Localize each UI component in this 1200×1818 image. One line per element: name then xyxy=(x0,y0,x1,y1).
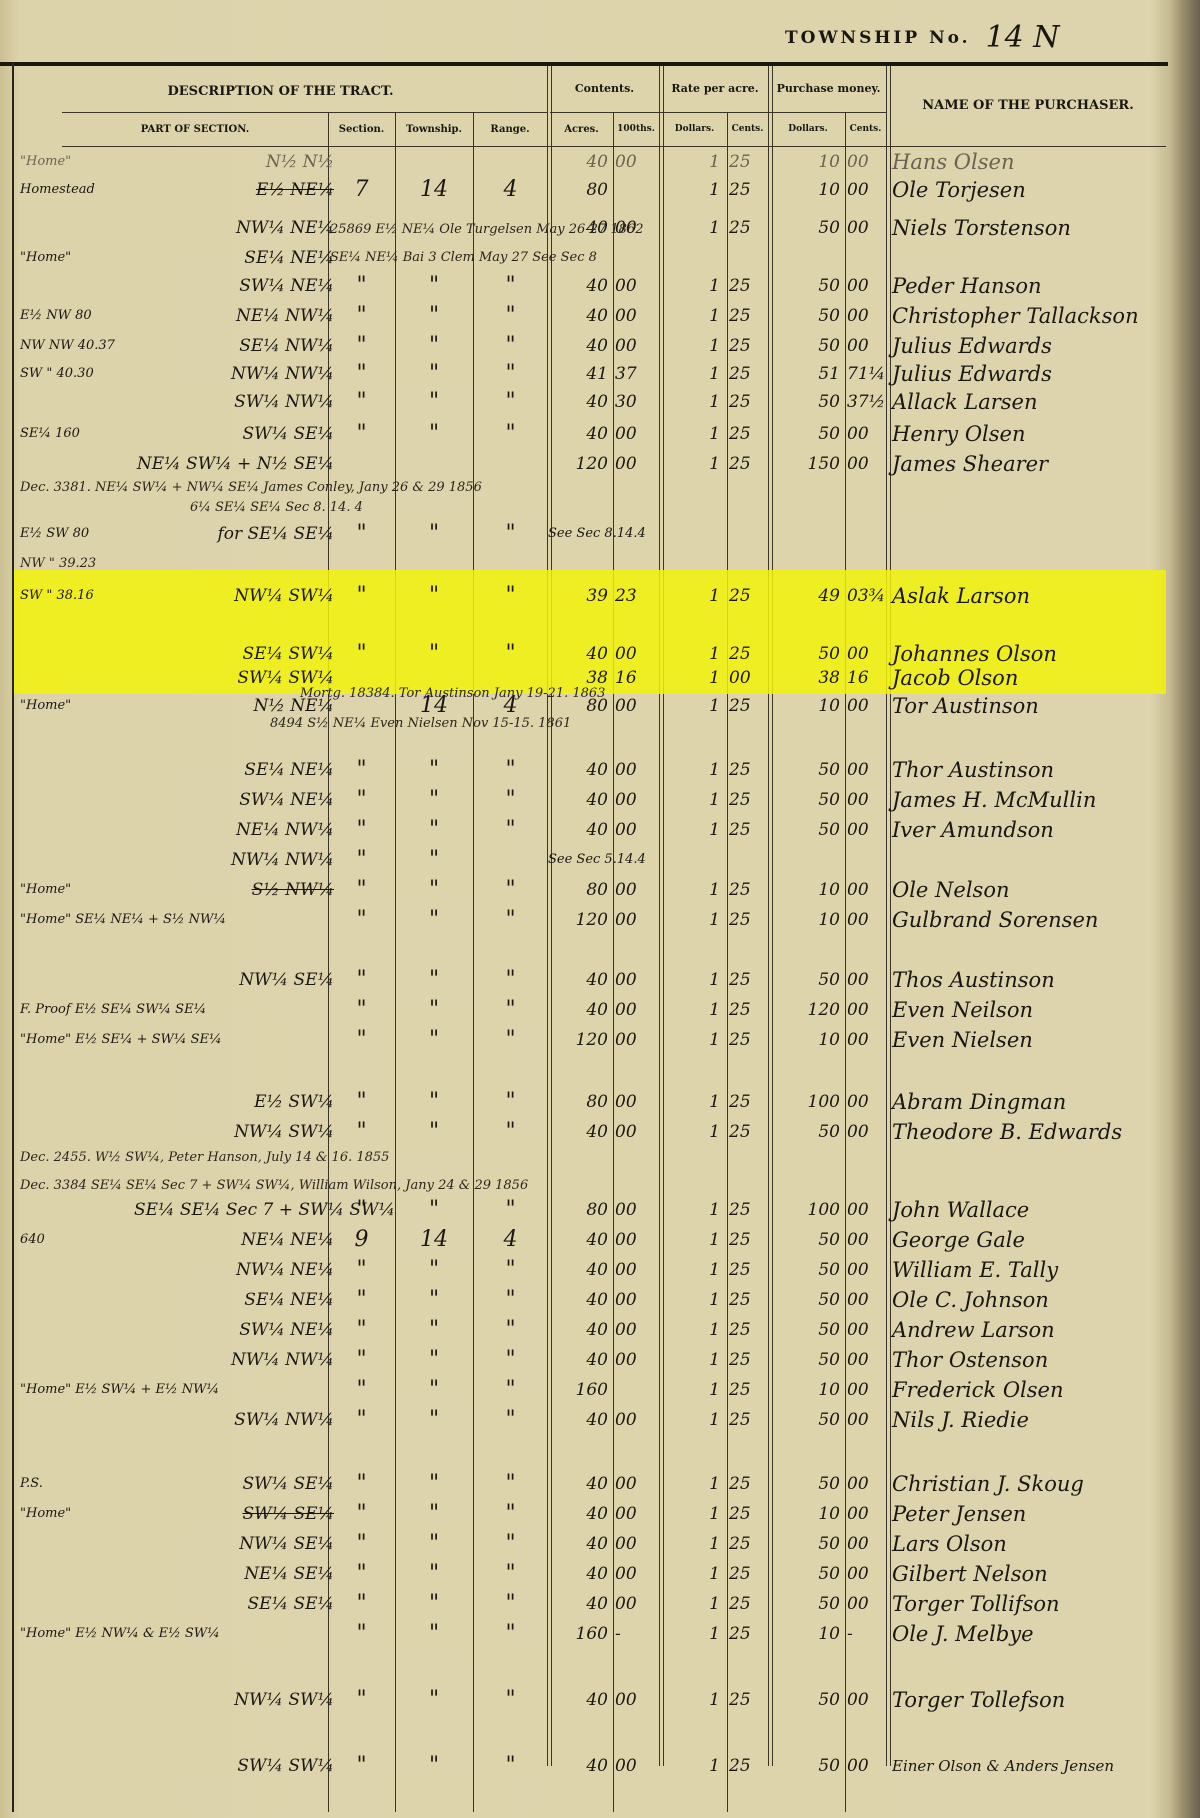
header-subrule xyxy=(62,112,547,113)
purchase-cents xyxy=(847,520,887,548)
purchaser-name: Ole Torjesen xyxy=(892,176,1182,204)
purchaser-name: Ole Nelson xyxy=(892,876,1182,904)
rate-cents: 25 xyxy=(729,388,769,416)
township: " xyxy=(395,1752,473,1780)
township: " xyxy=(395,846,473,874)
rate-cents: 25 xyxy=(729,1686,769,1714)
purchase-dollars: 50 xyxy=(770,214,840,242)
purchase-cents: 00 xyxy=(847,816,887,844)
range xyxy=(473,450,548,478)
range: " xyxy=(473,786,548,814)
rate-cents: 25 xyxy=(729,1376,769,1404)
rate-dollars: 1 xyxy=(660,450,720,478)
township: " xyxy=(395,360,473,388)
acres: 40 xyxy=(548,1286,608,1314)
range: " xyxy=(473,1026,548,1054)
range: " xyxy=(473,520,548,548)
range: " xyxy=(473,388,548,416)
table-row: HomesteadE½ NE¼7144801251000Ole Torjesen xyxy=(14,176,1166,204)
purchase-dollars: 50 xyxy=(770,966,840,994)
rate-dollars: 1 xyxy=(660,1286,720,1314)
rate-dollars: 1 xyxy=(660,816,720,844)
purchaser-name: John Wallace xyxy=(892,1196,1182,1224)
hundredths: 00 xyxy=(615,1196,660,1224)
purchase-dollars: 150 xyxy=(770,450,840,478)
part-of-section: E½ SW¼ xyxy=(134,1088,334,1116)
range: " xyxy=(473,756,548,784)
purchaser-name xyxy=(892,846,1182,874)
range: " xyxy=(473,1346,548,1374)
purchaser-name: Thor Austinson xyxy=(892,756,1182,784)
purchase-dollars: 50 xyxy=(770,388,840,416)
header-subrule xyxy=(550,112,886,113)
rate-cents: 25 xyxy=(729,1752,769,1780)
rate-cents: 25 xyxy=(729,1560,769,1588)
rate-dollars: 1 xyxy=(660,692,720,720)
table-row: NW¼ NW¼""See Sec 5.14.4 xyxy=(14,846,1166,874)
section: 7 xyxy=(328,176,395,204)
section xyxy=(328,148,395,176)
purchaser-name: Torger Tollifson xyxy=(892,1590,1182,1618)
part-of-section: NW¼ SW¼ xyxy=(134,1118,334,1146)
purchaser-name xyxy=(892,244,1182,272)
purchase-cents: 00 xyxy=(847,1088,887,1116)
purchaser-name: Peter Jensen xyxy=(892,1500,1182,1528)
acres: 80 xyxy=(548,1196,608,1224)
part-of-section: NW¼ NW¼ xyxy=(134,1346,334,1374)
hundredths: 16 xyxy=(615,664,660,692)
rate-dollars: 1 xyxy=(660,1686,720,1714)
hundredths: 00 xyxy=(615,272,660,300)
tract-note: E½ NW 80 xyxy=(20,302,92,330)
township: " xyxy=(395,1118,473,1146)
purchaser-name: Henry Olsen xyxy=(892,420,1182,448)
hundredths: 00 xyxy=(615,816,660,844)
col-acres: Acres. xyxy=(550,124,613,135)
section: " xyxy=(328,1560,395,1588)
rate-cents: 25 xyxy=(729,996,769,1024)
range xyxy=(473,846,548,874)
part-of-section: SW¼ NW¼ xyxy=(134,1406,334,1434)
table-row: NW¼ SE¼"""40001255000Thos Austinson xyxy=(14,966,1166,994)
acres: 40 xyxy=(548,816,608,844)
acres: 40 xyxy=(548,1226,608,1254)
acres: 40 xyxy=(548,1590,608,1618)
tract-note: 640 xyxy=(20,1226,45,1254)
hundredths: 00 xyxy=(615,1316,660,1344)
rate-dollars: 1 xyxy=(660,1316,720,1344)
hundredths: 00 xyxy=(615,1406,660,1434)
rate-dollars: 1 xyxy=(660,1346,720,1374)
acres: 40 xyxy=(548,1470,608,1498)
rate-dollars: 1 xyxy=(660,272,720,300)
purchase-cents: 00 xyxy=(847,302,887,330)
acres: 40 xyxy=(548,1560,608,1588)
township: " xyxy=(395,1316,473,1344)
rate-dollars: 1 xyxy=(660,582,720,610)
purchaser-name: Aslak Larson xyxy=(892,582,1182,610)
margin-annotation: NW " 39.23 xyxy=(20,556,96,571)
part-of-section: SW¼ SE¼ xyxy=(134,1470,334,1498)
range: " xyxy=(473,1088,548,1116)
col-purchaser: NAME OF THE PURCHASER. xyxy=(890,98,1166,113)
table-row: NE¼ NW¼"""40001255000Iver Amundson xyxy=(14,816,1166,844)
township: " xyxy=(395,906,473,934)
tract-note: NW NW 40.37 xyxy=(20,332,115,360)
hundredths: 00 xyxy=(615,1470,660,1498)
part-of-section: NW¼ SW¼ xyxy=(134,1686,334,1714)
section: " xyxy=(328,1686,395,1714)
col-rate-dollars: Dollars. xyxy=(662,124,727,134)
purchase-dollars: 100 xyxy=(770,1088,840,1116)
acres: 40 xyxy=(548,756,608,784)
table-row: "Home"SW¼ SE¼"""40001251000Peter Jensen xyxy=(14,1500,1166,1528)
acres: 40 xyxy=(548,1346,608,1374)
table-row: "Home" E½ SW¼ + E½ NW¼"""1601251000Frede… xyxy=(14,1376,1166,1404)
township: " xyxy=(395,786,473,814)
col-part-of-section: PART OF SECTION. xyxy=(62,124,328,135)
rate-cents: 25 xyxy=(729,332,769,360)
purchaser-name: Peder Hanson xyxy=(892,272,1182,300)
range: " xyxy=(473,1752,548,1780)
purchase-dollars: 50 xyxy=(770,756,840,784)
purchase-dollars xyxy=(770,846,840,874)
acres: 160 xyxy=(548,1620,608,1648)
table-row: SE¼ NE¼"""40001255000Ole C. Johnson xyxy=(14,1286,1166,1314)
rate-cents: 25 xyxy=(729,176,769,204)
tract-note: P.S. xyxy=(20,1470,43,1498)
rate-dollars: 1 xyxy=(660,388,720,416)
margin-annotation: 6¼ SE¼ SE¼ Sec 8. 14. 4 xyxy=(190,500,363,515)
purchaser-name: Einer Olson & Anders Jensen xyxy=(892,1752,1182,1780)
section: " xyxy=(328,1118,395,1146)
table-row: SW¼ NE¼"""40001255000Peder Hanson xyxy=(14,272,1166,300)
part-of-section: NW¼ NW¼ xyxy=(134,360,334,388)
section: " xyxy=(328,846,395,874)
part-of-section: SW¼ NE¼ xyxy=(134,786,334,814)
township: " xyxy=(395,1686,473,1714)
rate-cents: 25 xyxy=(729,148,769,176)
tract-note: E½ SW 80 xyxy=(20,520,89,548)
range: " xyxy=(473,1620,548,1648)
section: " xyxy=(328,360,395,388)
hundredths xyxy=(615,520,660,548)
section: " xyxy=(328,272,395,300)
rate-dollars: 1 xyxy=(660,1118,720,1146)
table-row: SW " 40.30NW¼ NW¼"""41371255171¼Julius E… xyxy=(14,360,1166,388)
purchase-cents: 37½ xyxy=(847,388,887,416)
rate-cents: 25 xyxy=(729,1530,769,1558)
rate-dollars: 1 xyxy=(660,1026,720,1054)
rate-dollars: 1 xyxy=(660,876,720,904)
part-of-section: NW¼ NE¼ xyxy=(134,214,334,242)
section: " xyxy=(328,816,395,844)
part-of-section: SW¼ NE¼ xyxy=(134,1316,334,1344)
col-rate-per-acre: Rate per acre. xyxy=(662,82,768,95)
table-row: "Home" E½ SE¼ + SW¼ SE¼"""120001251000Ev… xyxy=(14,1026,1166,1054)
purchase-dollars: 50 xyxy=(770,302,840,330)
hundredths: 00 xyxy=(615,148,660,176)
township: " xyxy=(395,1256,473,1284)
purchaser-name: Thos Austinson xyxy=(892,966,1182,994)
purchaser-name: Jacob Olson xyxy=(892,664,1182,692)
township-label: TOWNSHIP No. xyxy=(785,28,971,48)
hundredths: 00 xyxy=(615,966,660,994)
purchase-dollars: 50 xyxy=(770,1470,840,1498)
margin-annotation: SE¼ NE¼ Bai 3 Clem May 27 See Sec 8 xyxy=(330,250,597,265)
purchase-cents: 00 xyxy=(847,1256,887,1284)
rate-cents: 25 xyxy=(729,214,769,242)
purchase-dollars: 10 xyxy=(770,906,840,934)
part-of-section: SW¼ SE¼ xyxy=(134,420,334,448)
tract-note: Homestead xyxy=(20,176,95,204)
rate-cents: 25 xyxy=(729,1026,769,1054)
rate-cents: 25 xyxy=(729,1346,769,1374)
section: " xyxy=(328,1500,395,1528)
table-row: SW " 38.16NW¼ SW¼"""39231254903¾Aslak La… xyxy=(14,582,1166,610)
rate-dollars: 1 xyxy=(660,1226,720,1254)
rate-cents: 25 xyxy=(729,756,769,784)
table-row: NE¼ SW¼ + N½ SE¼1200012515000James Shear… xyxy=(14,450,1166,478)
table-row: P.S.SW¼ SE¼"""40001255000Christian J. Sk… xyxy=(14,1470,1166,1498)
purchase-cents: 00 xyxy=(847,450,887,478)
hundredths: 00 xyxy=(615,1226,660,1254)
rate-dollars: 1 xyxy=(660,1500,720,1528)
rate-dollars: 1 xyxy=(660,1530,720,1558)
part-of-section xyxy=(134,1620,334,1648)
hundredths xyxy=(615,176,660,204)
range: " xyxy=(473,1286,548,1314)
rate-cents xyxy=(729,244,769,272)
rate-dollars: 1 xyxy=(660,664,720,692)
col-rate-cents: Cents. xyxy=(727,124,768,134)
rate-cents: 25 xyxy=(729,360,769,388)
township: " xyxy=(395,966,473,994)
purchase-dollars: 10 xyxy=(770,876,840,904)
rate-cents: 25 xyxy=(729,1196,769,1224)
header-bottom-rule xyxy=(62,146,1166,147)
section: " xyxy=(328,302,395,330)
hundredths: 00 xyxy=(615,1590,660,1618)
purchase-dollars: 51 xyxy=(770,360,840,388)
rate-cents: 25 xyxy=(729,966,769,994)
section: " xyxy=(328,1530,395,1558)
purchase-cents: - xyxy=(847,1620,887,1648)
rate-cents: 25 xyxy=(729,1620,769,1648)
rate-dollars: 1 xyxy=(660,360,720,388)
rate-dollars: 1 xyxy=(660,1560,720,1588)
section: " xyxy=(328,1346,395,1374)
range: " xyxy=(473,1686,548,1714)
rate-dollars: 1 xyxy=(660,302,720,330)
table-row: E½ SW¼"""800012510000Abram Dingman xyxy=(14,1088,1166,1116)
part-of-section: SE¼ SE¼ xyxy=(134,1590,334,1618)
township: " xyxy=(395,876,473,904)
range: " xyxy=(473,272,548,300)
part-of-section: NW¼ NE¼ xyxy=(134,1256,334,1284)
section: " xyxy=(328,1376,395,1404)
range: " xyxy=(473,1406,548,1434)
hundredths: - xyxy=(615,1620,660,1648)
range: " xyxy=(473,1196,548,1224)
margin-annotation: Dec. 3381. NE¼ SW¼ + NW¼ SE¼ James Conle… xyxy=(20,480,482,495)
acres: 40 xyxy=(548,148,608,176)
purchase-cents: 00 xyxy=(847,1530,887,1558)
part-of-section: NE¼ NE¼ xyxy=(134,1226,334,1254)
acres: 40 xyxy=(548,996,608,1024)
purchaser-name: James H. McMullin xyxy=(892,786,1182,814)
acres: 39 xyxy=(548,582,608,610)
purchaser-name: Julius Edwards xyxy=(892,332,1182,360)
hundredths: 00 xyxy=(615,1088,660,1116)
rate-cents: 25 xyxy=(729,786,769,814)
rate-cents: 25 xyxy=(729,420,769,448)
hundredths: 00 xyxy=(615,1752,660,1780)
township xyxy=(395,148,473,176)
table-row: SE¼ SE¼"""40001255000Torger Tollifson xyxy=(14,1590,1166,1618)
rate-dollars: 1 xyxy=(660,1620,720,1648)
township: 14 xyxy=(395,176,473,204)
rate-dollars: 1 xyxy=(660,1376,720,1404)
township: " xyxy=(395,816,473,844)
table-row: "Home" SE¼ NE¼ + S½ NW¼"""120001251000Gu… xyxy=(14,906,1166,934)
township: " xyxy=(395,420,473,448)
rate-dollars xyxy=(660,846,720,874)
township: " xyxy=(395,1346,473,1374)
part-of-section: E½ NE¼ xyxy=(134,176,334,204)
section: " xyxy=(328,1196,395,1224)
hundredths: 00 xyxy=(615,1686,660,1714)
section: " xyxy=(328,1470,395,1498)
rate-cents: 25 xyxy=(729,876,769,904)
hundredths xyxy=(615,846,660,874)
table-row: SW¼ NE¼"""40001255000Andrew Larson xyxy=(14,1316,1166,1344)
purchase-cents: 00 xyxy=(847,1196,887,1224)
range: " xyxy=(473,420,548,448)
table-row: NW¼ NW¼"""40001255000Thor Ostenson xyxy=(14,1346,1166,1374)
purchase-dollars: 120 xyxy=(770,996,840,1024)
section: " xyxy=(328,388,395,416)
table-row: SE¼ 160SW¼ SE¼"""40001255000Henry Olsen xyxy=(14,420,1166,448)
purchase-cents: 00 xyxy=(847,272,887,300)
purchaser-name: Christian J. Skoug xyxy=(892,1470,1182,1498)
table-row: NW¼ SE¼"""40001255000Lars Olson xyxy=(14,1530,1166,1558)
purchase-cents: 00 xyxy=(847,176,887,204)
purchase-cents: 00 xyxy=(847,214,887,242)
acres: 40 xyxy=(548,302,608,330)
purchase-dollars: 50 xyxy=(770,1316,840,1344)
part-of-section: SW¼ SW¼ xyxy=(134,1752,334,1780)
purchase-cents: 00 xyxy=(847,876,887,904)
section: " xyxy=(328,786,395,814)
table-row: SW¼ NE¼"""40001255000James H. McMullin xyxy=(14,786,1166,814)
range: " xyxy=(473,1530,548,1558)
tract-note: SW " 38.16 xyxy=(20,582,94,610)
purchase-cents: 00 xyxy=(847,332,887,360)
hundredths: 00 xyxy=(615,420,660,448)
acres: 80 xyxy=(548,176,608,204)
range: " xyxy=(473,1560,548,1588)
range: 4 xyxy=(473,1226,548,1254)
purchaser-name: Iver Amundson xyxy=(892,816,1182,844)
purchase-dollars: 50 xyxy=(770,816,840,844)
section: " xyxy=(328,1088,395,1116)
rate-cents: 25 xyxy=(729,582,769,610)
part-of-section: SE¼ NE¼ xyxy=(134,1286,334,1314)
purchase-dollars: 50 xyxy=(770,1286,840,1314)
section: " xyxy=(328,756,395,784)
purchase-dollars: 50 xyxy=(770,1226,840,1254)
table-row: NW¼ SW¼"""40001255000Theodore B. Edwards xyxy=(14,1118,1166,1146)
purchase-cents: 00 xyxy=(847,756,887,784)
table-row: SE¼ NE¼"""40001255000Thor Austinson xyxy=(14,756,1166,784)
purchase-dollars xyxy=(770,244,840,272)
range: " xyxy=(473,302,548,330)
acres: 40 xyxy=(548,388,608,416)
acres: 80 xyxy=(548,1088,608,1116)
margin-annotation: Dec. 2455. W½ SW¼, Peter Hanson, July 14… xyxy=(20,1150,389,1165)
township: " xyxy=(395,520,473,548)
purchase-cents: 00 xyxy=(847,1470,887,1498)
purchaser-name: Andrew Larson xyxy=(892,1316,1182,1344)
range xyxy=(473,148,548,176)
rate-cents: 25 xyxy=(729,1470,769,1498)
purchase-dollars: 50 xyxy=(770,1752,840,1780)
rate-dollars xyxy=(660,520,720,548)
tract-note: "Home" xyxy=(20,244,71,272)
township-number: 14 N xyxy=(986,20,1060,55)
purchaser-name xyxy=(892,520,1182,548)
col-section: Section. xyxy=(328,124,395,135)
purchase-dollars: 50 xyxy=(770,1118,840,1146)
rate-dollars: 1 xyxy=(660,1256,720,1284)
table-row: "Home"S½ NW¼"""80001251000Ole Nelson xyxy=(14,876,1166,904)
purchase-dollars: 50 xyxy=(770,1530,840,1558)
purchase-cents: 03¾ xyxy=(847,582,887,610)
purchase-cents xyxy=(847,846,887,874)
purchaser-name: Ole C. Johnson xyxy=(892,1286,1182,1314)
township: " xyxy=(395,1560,473,1588)
purchaser-name: Allack Larsen xyxy=(892,388,1182,416)
township: " xyxy=(395,1376,473,1404)
tract-note: "Home" xyxy=(20,876,71,904)
rate-dollars: 1 xyxy=(660,906,720,934)
hundredths: 00 xyxy=(615,1286,660,1314)
section: " xyxy=(328,876,395,904)
section: " xyxy=(328,1620,395,1648)
township: " xyxy=(395,1470,473,1498)
township: " xyxy=(395,1530,473,1558)
section: " xyxy=(328,582,395,610)
table-row: NE¼ SE¼"""40001255000Gilbert Nelson xyxy=(14,1560,1166,1588)
purchase-dollars: 50 xyxy=(770,420,840,448)
acres: 40 xyxy=(548,1316,608,1344)
hundredths: 00 xyxy=(615,876,660,904)
rate-cents: 25 xyxy=(729,1406,769,1434)
margin-annotation: Dec. 3384 SE¼ SE¼ Sec 7 + SW¼ SW¼, Willi… xyxy=(20,1178,528,1193)
rate-cents: 25 xyxy=(729,1286,769,1314)
purchase-dollars: 10 xyxy=(770,148,840,176)
purchaser-name: Gulbrand Sorensen xyxy=(892,906,1182,934)
purchase-cents: 00 xyxy=(847,148,887,176)
rate-cents: 25 xyxy=(729,272,769,300)
township-heading: TOWNSHIP No. 14 N xyxy=(785,16,1059,51)
part-of-section xyxy=(134,1376,334,1404)
hundredths xyxy=(615,1376,660,1404)
township: 14 xyxy=(395,1226,473,1254)
range: " xyxy=(473,1590,548,1618)
purchase-dollars: 50 xyxy=(770,1406,840,1434)
